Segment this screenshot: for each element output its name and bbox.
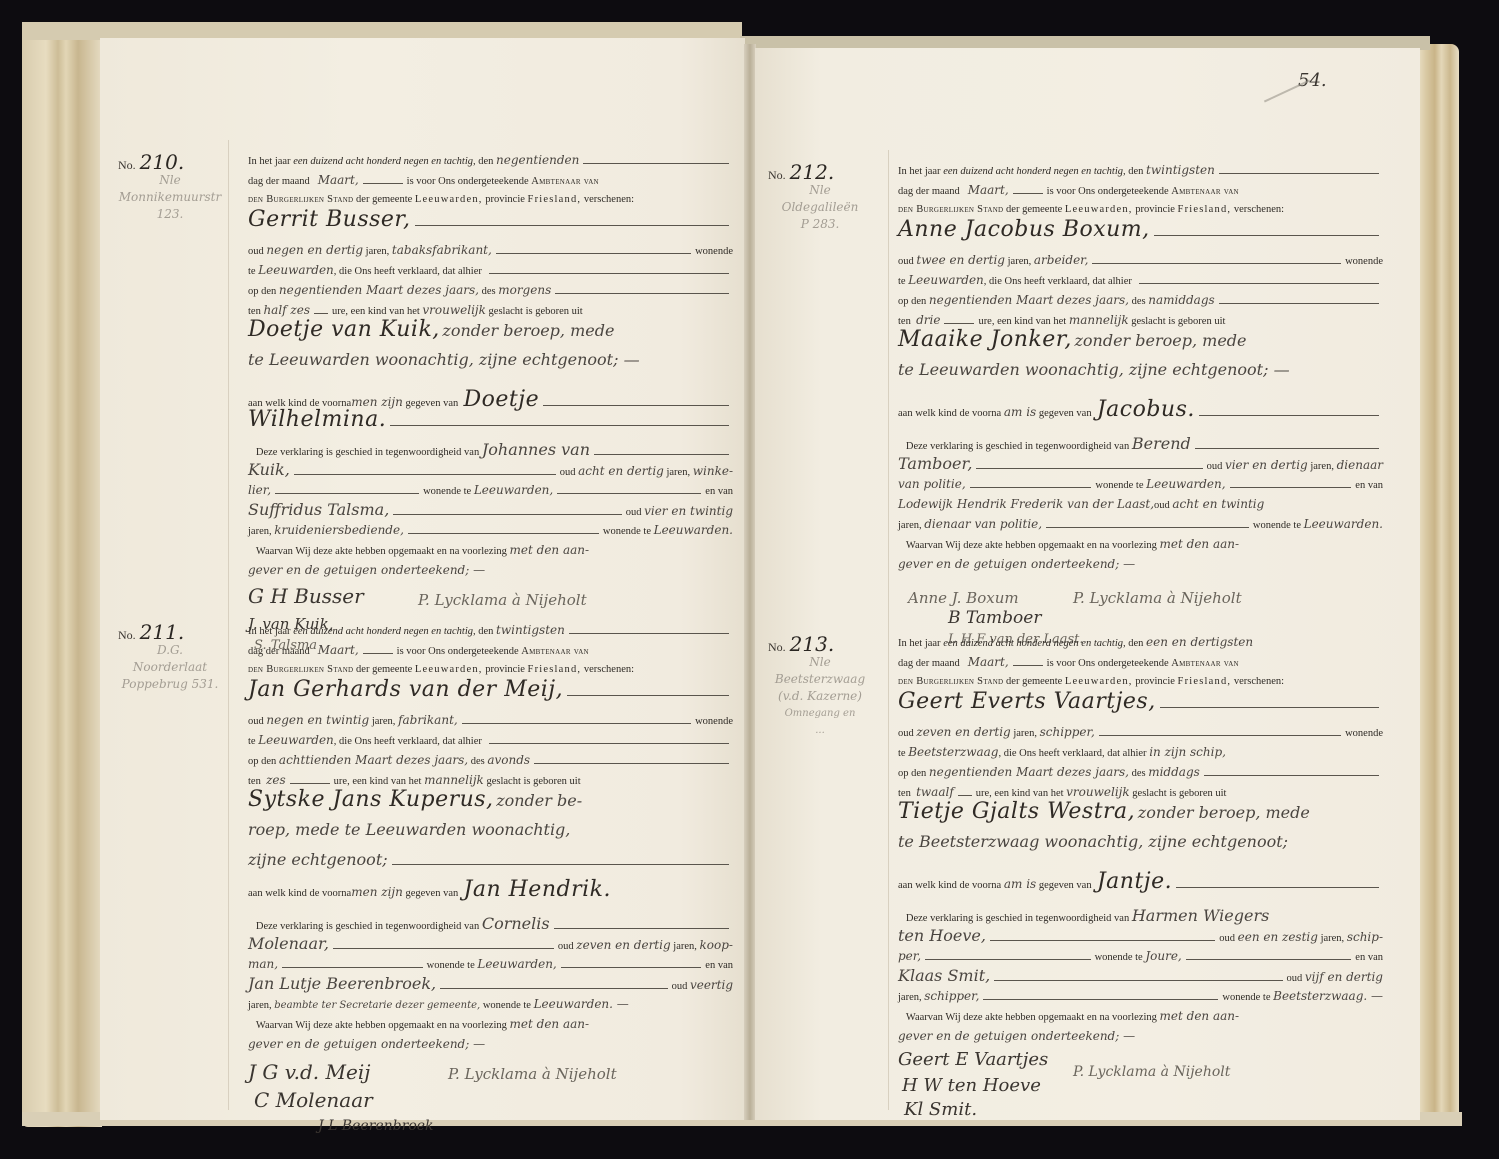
witness2-name: Klaas Smit, bbox=[898, 966, 990, 986]
birth-date: achttienden Maart dezes jaars, bbox=[279, 750, 468, 770]
declarant-occupation: arbeider, bbox=[1034, 250, 1089, 270]
time-of-day: avonds bbox=[487, 750, 530, 770]
book-cover-left-edge bbox=[22, 22, 102, 1127]
signatures: Geert E Vaartjes H W ten Hoeve Kl Smit. … bbox=[898, 1046, 1383, 1116]
declarant-name: Geert Everts Vaartjes, bbox=[898, 692, 1156, 712]
time-of-day: namiddags bbox=[1148, 290, 1214, 310]
mother-name: Maaike Jonker, bbox=[898, 330, 1072, 350]
witness1-name: Harmen Wiegers bbox=[1132, 906, 1270, 926]
declarant-occupation: tabaksfabrikant, bbox=[392, 240, 492, 260]
child-given-names: Jacobus. bbox=[1097, 400, 1195, 420]
declarant-residence: Leeuwarden bbox=[258, 260, 334, 280]
margin-rule-left bbox=[228, 140, 229, 1110]
declarant-age: twee en dertig bbox=[916, 250, 1005, 270]
witness1-age: acht en dertig bbox=[578, 461, 664, 481]
page-number: 54. bbox=[1298, 70, 1327, 91]
margin-note: NleBeetsterzwaag(v.d. Kazerne)Omnegang e… bbox=[760, 654, 880, 739]
record-number: No.212. bbox=[768, 160, 834, 184]
declarant-residence: Beetsterzwaag bbox=[908, 742, 998, 762]
declarant-occupation: fabrikant, bbox=[398, 710, 458, 730]
record-body: In het jaar een duizend acht honderd neg… bbox=[898, 632, 1383, 1116]
signatures: J G v.d. Meij C Molenaar J L Beerenbroek… bbox=[248, 1054, 733, 1124]
birth-place-extra: in zijn schip, bbox=[1149, 742, 1226, 762]
child-given-names: Jan Hendrik. bbox=[464, 880, 611, 900]
witness2-name: Suffridus Talsma, bbox=[248, 500, 389, 520]
birth-date: negentienden Maart dezes jaars, bbox=[929, 290, 1129, 310]
witness1-age: een en zestig bbox=[1238, 927, 1318, 947]
registration-month: Maart, bbox=[968, 180, 1009, 200]
declarant-name: Anne Jacobus Boxum, bbox=[898, 220, 1150, 240]
record-body: In het jaar een duizend acht honderd neg… bbox=[898, 160, 1383, 644]
child-given-names: Doetje bbox=[464, 390, 540, 410]
margin-note: NleOldegalileënP 283. bbox=[760, 182, 880, 233]
time-of-day: middags bbox=[1148, 762, 1200, 782]
declarant-occupation: schipper, bbox=[1040, 722, 1095, 742]
register-book: 54. No.210. NleMonnikemuurstr123. In het… bbox=[0, 0, 1499, 1159]
birth-date: negentienden Maart dezes jaars, bbox=[279, 280, 479, 300]
witness2-age: vier en twintig bbox=[644, 501, 733, 521]
witness1-age: vier en dertig bbox=[1225, 455, 1308, 475]
witness2-name: Lodewijk Hendrik Frederik van der Laast, bbox=[898, 494, 1154, 514]
declarant-age: negen en dertig bbox=[266, 240, 363, 260]
witness1-name: Berend bbox=[1132, 434, 1191, 454]
declarant-name: Jan Gerhards van der Meij, bbox=[248, 680, 563, 700]
declarant-residence: Leeuwarden bbox=[258, 730, 334, 750]
registration-day: twintigsten bbox=[496, 620, 565, 640]
witness2-age: veertig bbox=[690, 975, 733, 995]
registration-month: Maart, bbox=[318, 170, 359, 190]
record-body: In het jaar een duizend acht honderd neg… bbox=[248, 150, 733, 650]
witness2-age: vijf en dertig bbox=[1305, 967, 1383, 987]
book-cover-right-edge bbox=[1415, 44, 1459, 1124]
witness1-name: Cornelis bbox=[482, 914, 550, 934]
registration-day: twintigsten bbox=[1146, 160, 1215, 180]
time-of-day: morgens bbox=[498, 280, 551, 300]
mother-name: Tietje Gjalts Westra, bbox=[898, 802, 1135, 822]
child-given-names: Jantje. bbox=[1097, 872, 1172, 892]
mother-name: Doetje van Kuik, bbox=[248, 320, 440, 340]
declarant-name: Gerrit Busser, bbox=[248, 210, 411, 230]
declarant-age: negen en twintig bbox=[266, 710, 369, 730]
record-body: In het jaar een duizend acht honderd neg… bbox=[248, 620, 733, 1124]
mother-name: Sytske Jans Kuperus, bbox=[248, 790, 494, 810]
witness2-age: acht en twintig bbox=[1172, 494, 1264, 514]
record-number: No.210. bbox=[118, 150, 184, 174]
margin-note: D.G.NoorderlaatPoppebrug 531. bbox=[110, 642, 230, 693]
child-sex: mannelijk bbox=[1069, 310, 1129, 330]
registration-month: Maart, bbox=[968, 652, 1009, 672]
registration-day: een en dertigsten bbox=[1146, 632, 1253, 652]
birth-date: negentienden Maart dezes jaars, bbox=[929, 762, 1129, 782]
record-number: No.213. bbox=[768, 632, 834, 656]
margin-note: NleMonnikemuurstr123. bbox=[110, 172, 230, 223]
registration-month: Maart, bbox=[318, 640, 359, 660]
record-number: No.211. bbox=[118, 620, 184, 644]
witness2-name: Jan Lutje Beerenbroek, bbox=[248, 974, 436, 994]
margin-rule-right bbox=[888, 150, 889, 1110]
witness1-age: zeven en dertig bbox=[576, 935, 670, 955]
registration-day: negentienden bbox=[496, 150, 579, 170]
witness1-name: Johannes van bbox=[482, 440, 590, 460]
declarant-residence: Leeuwarden bbox=[908, 270, 984, 290]
declarant-age: zeven en dertig bbox=[916, 722, 1010, 742]
